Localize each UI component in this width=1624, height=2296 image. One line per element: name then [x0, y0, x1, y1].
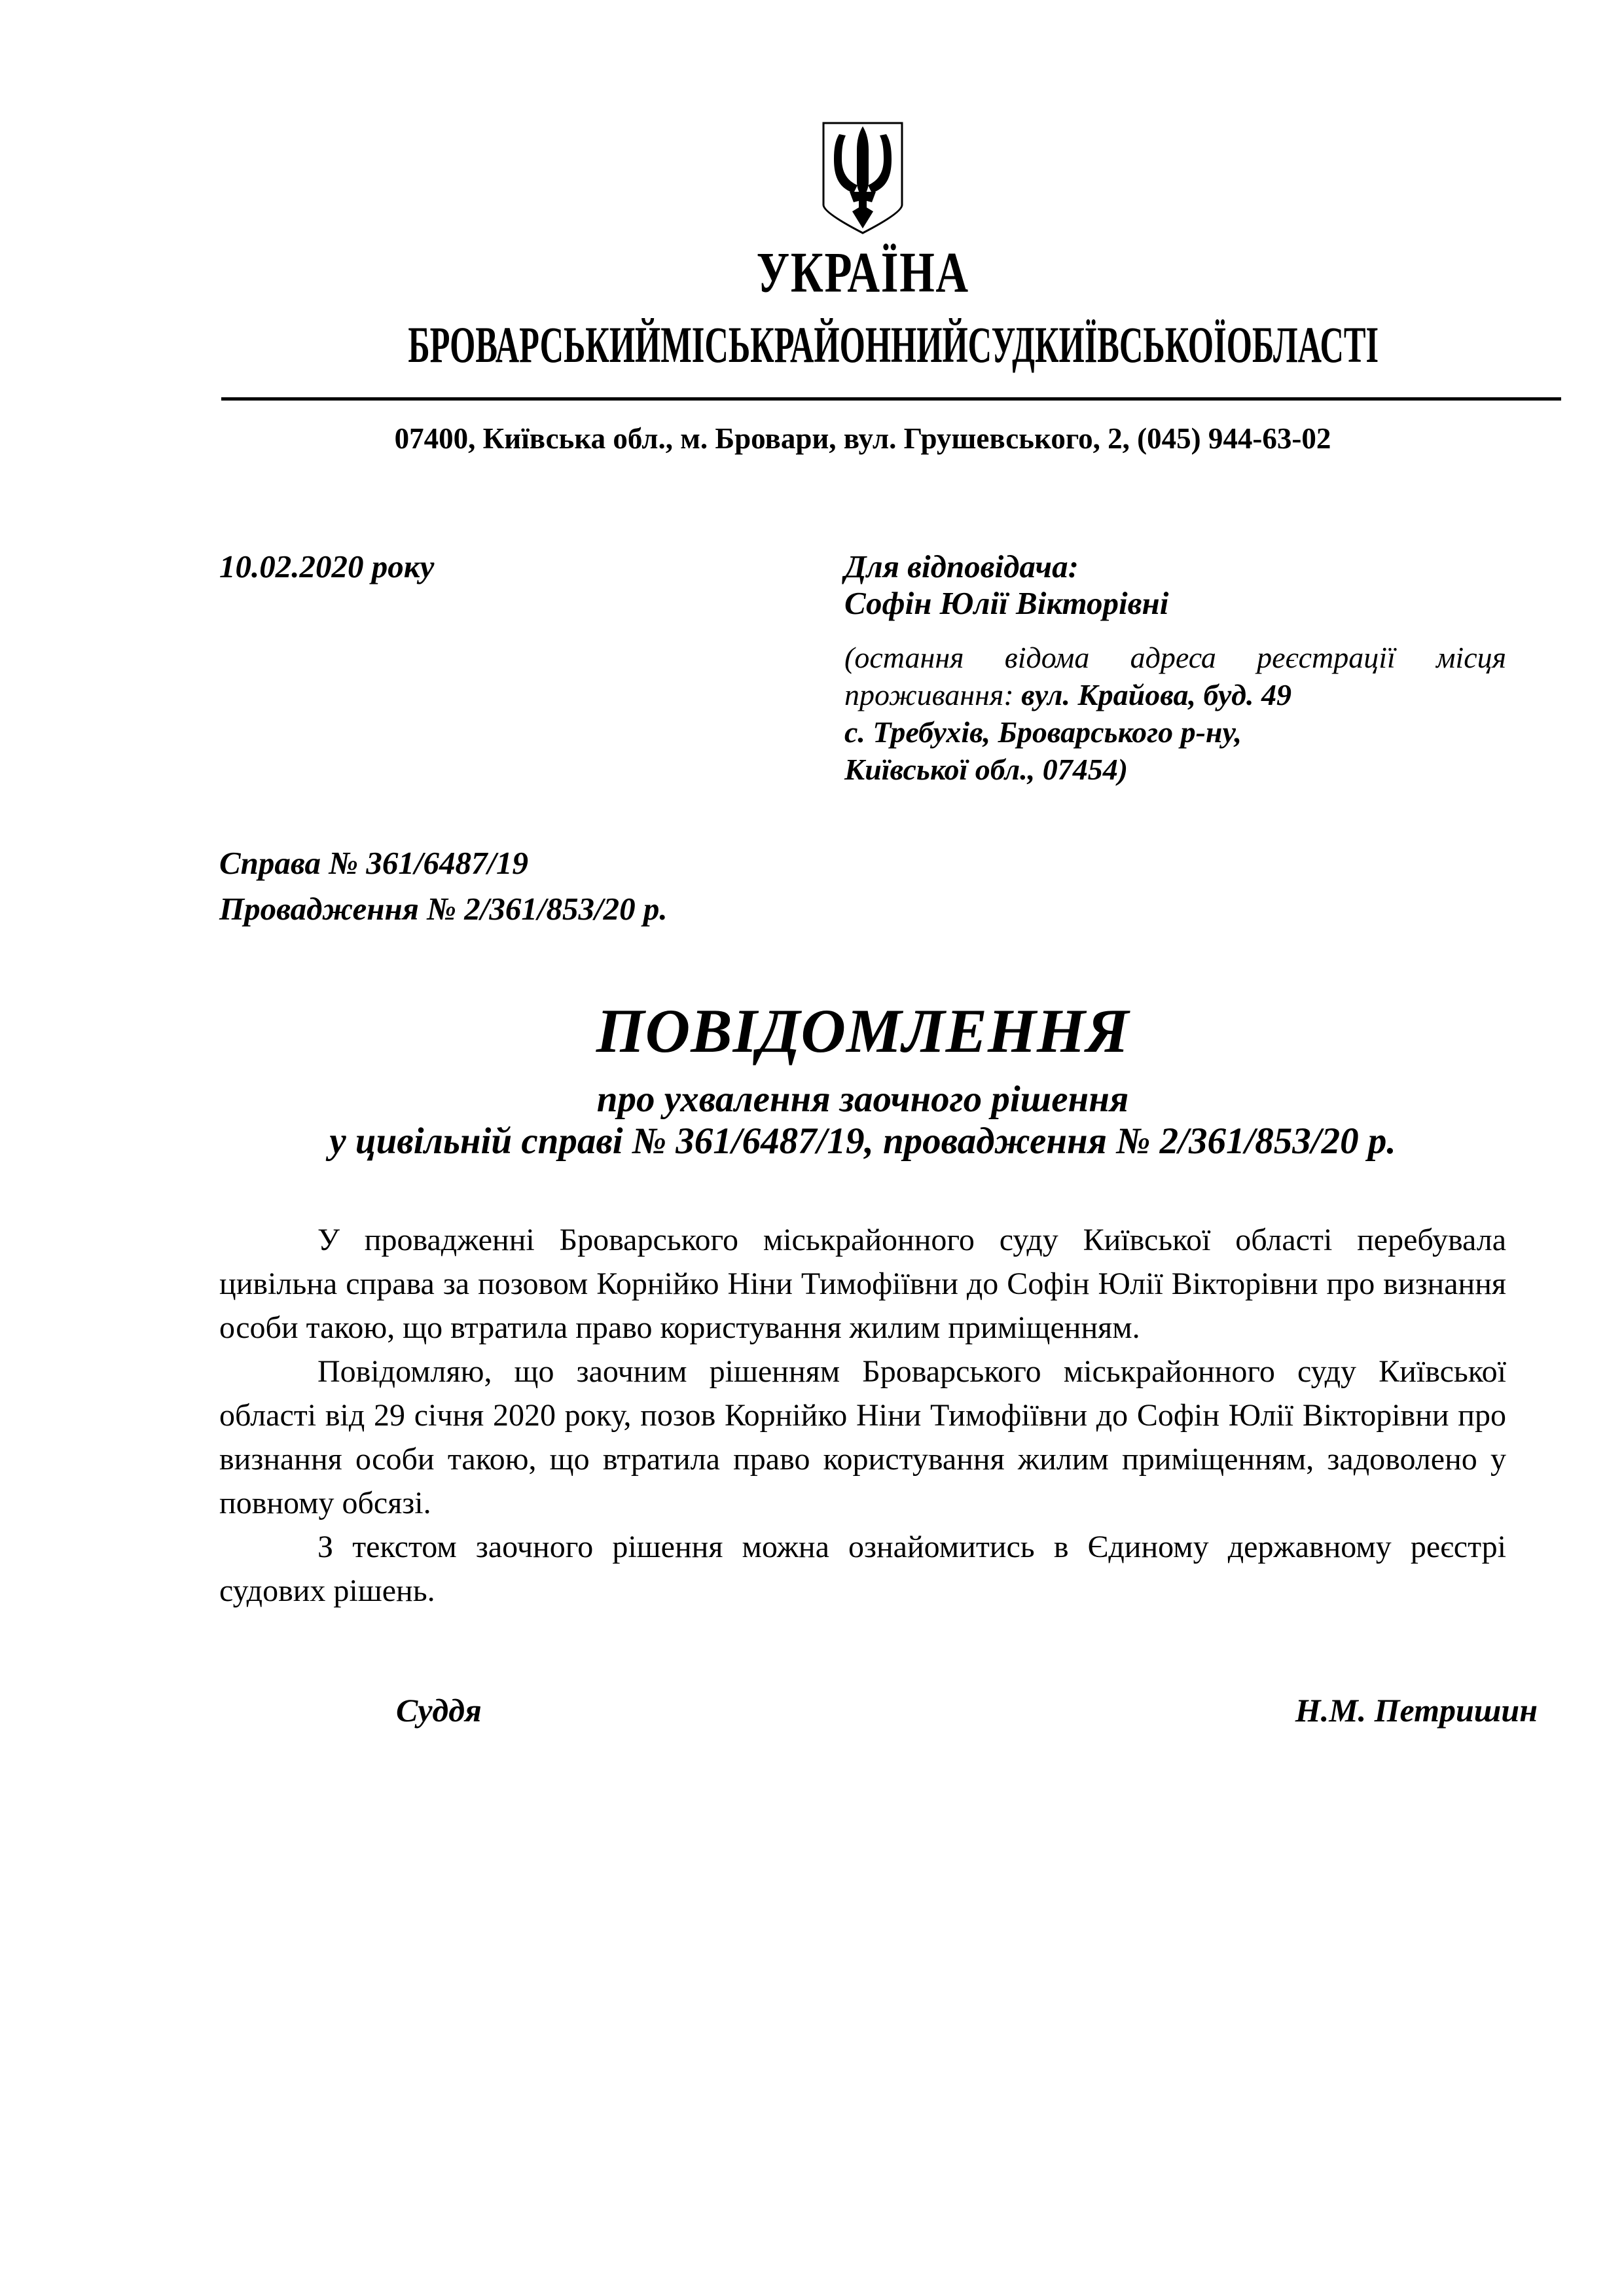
document-subtitle-1: про ухвалення заочного рішення: [219, 1079, 1506, 1121]
signature-name: Н.М. Петришин: [1295, 1691, 1538, 1729]
header-divider: [221, 397, 1561, 401]
document-subtitle-2: у цивільній справі № 361/6487/19, провад…: [219, 1121, 1506, 1162]
title-block: ПОВІДОМЛЕННЯ про ухвалення заочного ріше…: [219, 997, 1506, 1162]
recipient-label: Для відповідача:: [844, 548, 1506, 585]
document-page: УКРАЇНА БРОВАРСЬКИЙМІСЬКРАЙОННИЙСУДКИЇВС…: [0, 0, 1624, 2296]
court-address: 07400, Київська обл., м. Бровари, вул. Г…: [219, 422, 1506, 456]
document-date: 10.02.2020 року: [219, 548, 434, 788]
body-text: У провадженні Броварського міськрайонног…: [219, 1218, 1506, 1613]
case-number: Справа № 361/6487/19: [219, 840, 1506, 886]
case-block: Справа № 361/6487/19 Провадження № 2/361…: [219, 840, 1506, 932]
country-title: УКРАЇНА: [756, 242, 969, 304]
court-name: БРОВАРСЬКИЙМІСЬКРАЙОННИЙСУДКИЇВСЬКОЇОБЛА…: [408, 317, 1379, 376]
recipient-address-line4: Київської обл., 07454): [844, 751, 1506, 788]
recipient-name: Софін Юлії Вікторівні: [844, 585, 1506, 622]
date-recipient-row: 10.02.2020 року Для відповідача: Софін Ю…: [219, 548, 1506, 788]
document-title: ПОВІДОМЛЕННЯ: [219, 997, 1506, 1064]
recipient-address-line3: с. Требухів, Броварського р-ну,: [844, 713, 1506, 751]
recipient-address-line2: проживання: вул. Крайова, буд. 49: [844, 676, 1506, 713]
ukraine-trident-emblem-icon: [821, 121, 905, 236]
body-paragraph-3: З текстом заочного рішення можна ознайом…: [219, 1525, 1506, 1613]
body-paragraph-1: У провадженні Броварського міськрайонног…: [219, 1218, 1506, 1350]
recipient-address-line2-street: вул. Крайова, буд. 49: [1021, 678, 1291, 711]
body-paragraph-2: Повідомляю, що заочним рішенням Броварсь…: [219, 1350, 1506, 1525]
recipient-address: (остання відома адреса реєстрації місця …: [844, 639, 1506, 788]
recipient-address-line1: (остання відома адреса реєстрації місця: [844, 639, 1506, 676]
letterhead: УКРАЇНА БРОВАРСЬКИЙМІСЬКРАЙОННИЙСУДКИЇВС…: [219, 121, 1506, 456]
signature-role: Суддя: [396, 1691, 482, 1729]
recipient-block: Для відповідача: Софін Юлії Вікторівні (…: [844, 548, 1506, 788]
recipient-address-line2-prefix: проживання:: [844, 678, 1021, 711]
signature-row: Суддя Н.М. Петришин: [219, 1691, 1538, 1729]
proceeding-number: Провадження № 2/361/853/20 р.: [219, 886, 1506, 932]
